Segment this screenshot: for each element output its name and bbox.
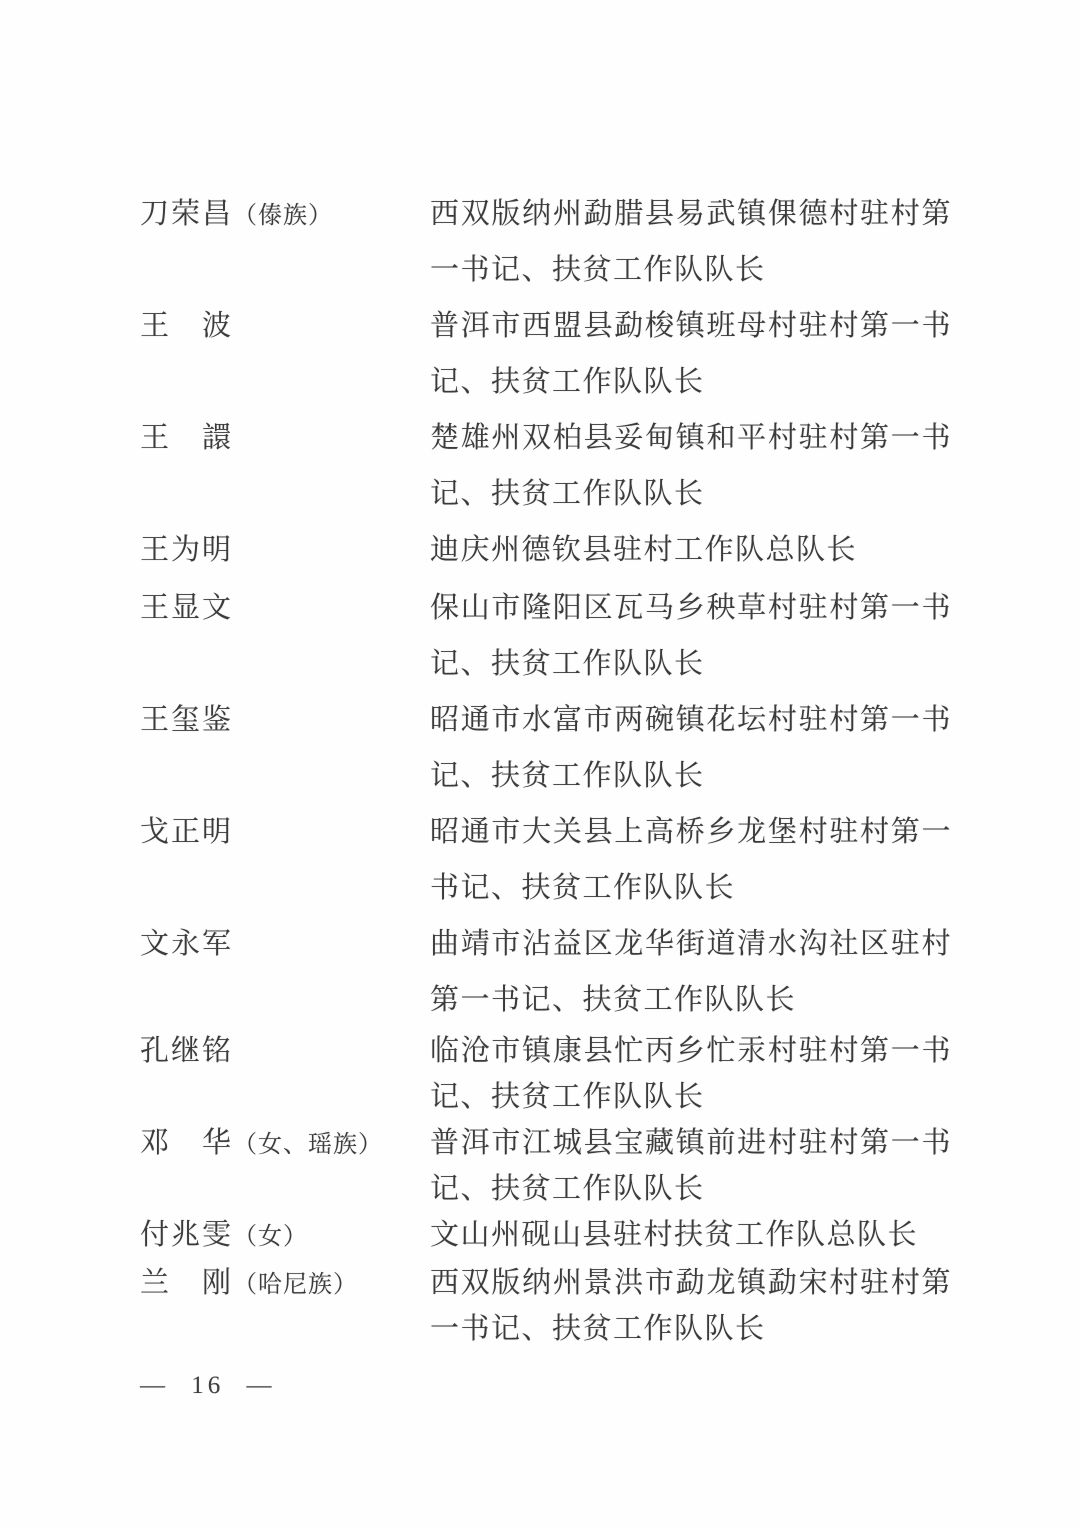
list-entry: 兰 刚（哈尼族） 西双版纳州景洪市勐龙镇勐宋村驻村第一书记、扶贫工作队队长 — [140, 1260, 952, 1352]
person-position: 普洱市西盟县勐梭镇班母村驻村第一书记、扶贫工作队队长 — [430, 298, 952, 410]
entry-name-cell: 孔继铭 — [140, 1028, 430, 1076]
list-entry: 邓 华（女、瑶族） 普洱市江城县宝藏镇前进村驻村第一书记、扶贫工作队队长 — [140, 1120, 952, 1212]
list-entry: 文永军 曲靖市沾益区龙华街道清水沟社区驻村第一书记、扶贫工作队队长 — [140, 916, 952, 1028]
list-entry: 刀荣昌（傣族） 西双版纳州勐腊县易武镇倮德村驻村第一书记、扶贫工作队队长 — [140, 186, 952, 298]
entry-name-cell: 王为明 — [140, 522, 430, 580]
person-position: 保山市隆阳区瓦马乡秧草村驻村第一书记、扶贫工作队队长 — [430, 580, 952, 692]
person-position: 普洱市江城县宝藏镇前进村驻村第一书记、扶贫工作队队长 — [430, 1120, 952, 1212]
person-name: 兰 刚 — [140, 1267, 233, 1299]
person-position: 文山州砚山县驻村扶贫工作队总队长 — [430, 1212, 952, 1258]
person-position: 迪庆州德钦县驻村工作队总队长 — [430, 522, 952, 578]
person-name: 王 譞 — [140, 422, 233, 454]
person-position: 楚雄州双柏县妥甸镇和平村驻村第一书记、扶贫工作队队长 — [430, 410, 952, 522]
entry-name-cell: 戈正明 — [140, 804, 430, 862]
page-number: — 16 — — [140, 1372, 276, 1400]
award-list: 刀荣昌（傣族） 西双版纳州勐腊县易武镇倮德村驻村第一书记、扶贫工作队队长 王 波… — [140, 186, 952, 1352]
person-note: （傣族） — [233, 203, 333, 229]
person-note: （哈尼族） — [233, 1272, 358, 1298]
person-name: 王 波 — [140, 310, 233, 342]
entry-name-cell: 王显文 — [140, 580, 430, 638]
entry-name-cell: 文永军 — [140, 916, 430, 974]
entry-name-cell: 刀荣昌（傣族） — [140, 186, 430, 244]
person-position: 昭通市大关县上高桥乡龙堡村驻村第一书记、扶贫工作队队长 — [430, 804, 952, 916]
person-position: 曲靖市沾益区龙华街道清水沟社区驻村第一书记、扶贫工作队队长 — [430, 916, 952, 1028]
list-entry: 孔继铭 临沧市镇康县忙丙乡忙汞村驻村第一书记、扶贫工作队队长 — [140, 1028, 952, 1120]
list-entry: 王显文 保山市隆阳区瓦马乡秧草村驻村第一书记、扶贫工作队队长 — [140, 580, 952, 692]
list-entry: 王 譞 楚雄州双柏县妥甸镇和平村驻村第一书记、扶贫工作队队长 — [140, 410, 952, 522]
entry-name-cell: 付兆雯（女） — [140, 1212, 430, 1260]
person-name: 王玺鉴 — [140, 704, 233, 736]
list-entry: 王 波 普洱市西盟县勐梭镇班母村驻村第一书记、扶贫工作队队长 — [140, 298, 952, 410]
list-entry: 戈正明 昭通市大关县上高桥乡龙堡村驻村第一书记、扶贫工作队队长 — [140, 804, 952, 916]
entry-name-cell: 王 譞 — [140, 410, 430, 468]
person-name: 刀荣昌 — [140, 198, 233, 230]
entry-name-cell: 邓 华（女、瑶族） — [140, 1120, 430, 1168]
person-position: 西双版纳州勐腊县易武镇倮德村驻村第一书记、扶贫工作队队长 — [430, 186, 952, 298]
entry-name-cell: 王 波 — [140, 298, 430, 356]
person-position: 昭通市水富市两碗镇花坛村驻村第一书记、扶贫工作队队长 — [430, 692, 952, 804]
document-page: 刀荣昌（傣族） 西双版纳州勐腊县易武镇倮德村驻村第一书记、扶贫工作队队长 王 波… — [0, 0, 1080, 1528]
person-position: 西双版纳州景洪市勐龙镇勐宋村驻村第一书记、扶贫工作队队长 — [430, 1260, 952, 1352]
person-name: 孔继铭 — [140, 1035, 233, 1067]
list-entry: 付兆雯（女） 文山州砚山县驻村扶贫工作队总队长 — [140, 1212, 952, 1260]
person-name: 戈正明 — [140, 816, 233, 848]
person-name: 邓 华 — [140, 1127, 233, 1159]
list-entry: 王玺鉴 昭通市水富市两碗镇花坛村驻村第一书记、扶贫工作队队长 — [140, 692, 952, 804]
entry-name-cell: 兰 刚（哈尼族） — [140, 1260, 430, 1308]
entry-name-cell: 王玺鉴 — [140, 692, 430, 750]
person-name: 付兆雯 — [140, 1219, 233, 1251]
person-note: （女） — [233, 1224, 308, 1250]
person-name: 王为明 — [140, 534, 233, 566]
person-note: （女、瑶族） — [233, 1132, 383, 1158]
person-position: 临沧市镇康县忙丙乡忙汞村驻村第一书记、扶贫工作队队长 — [430, 1028, 952, 1120]
person-name: 王显文 — [140, 592, 233, 624]
person-name: 文永军 — [140, 928, 233, 960]
list-entry: 王为明 迪庆州德钦县驻村工作队总队长 — [140, 522, 952, 580]
